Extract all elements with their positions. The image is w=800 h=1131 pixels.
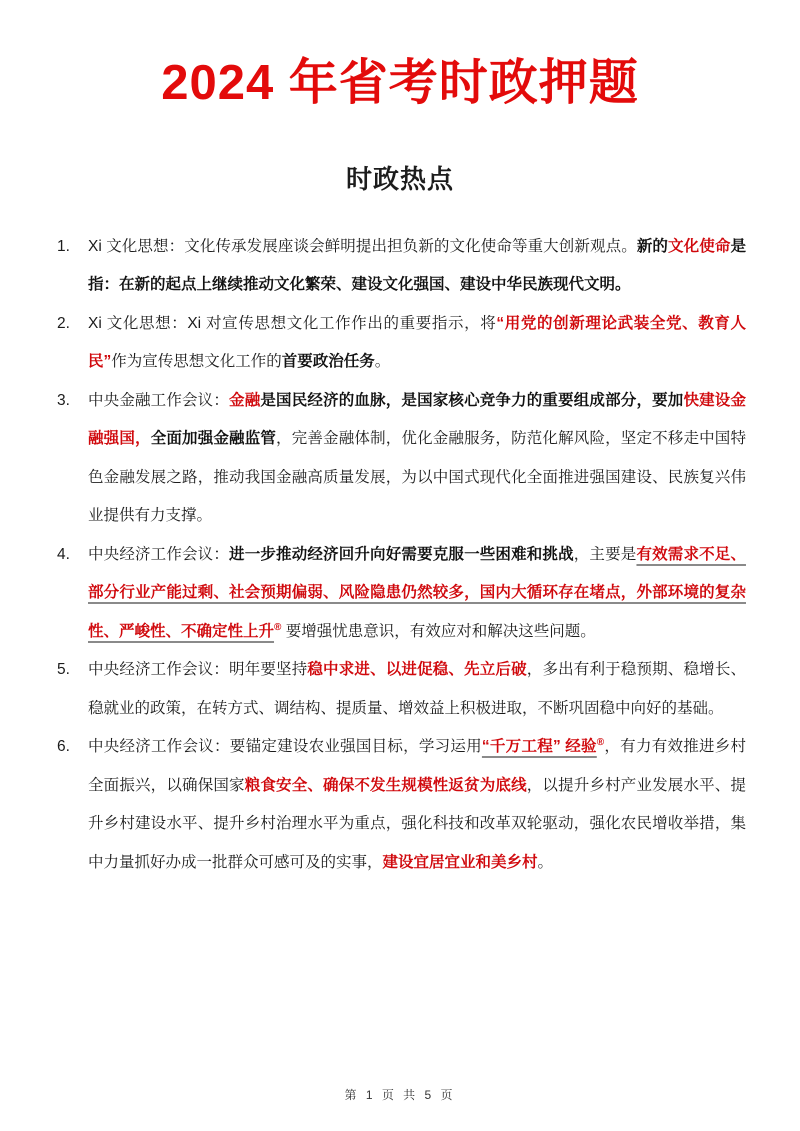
text-segment: 中央金融工作会议： (88, 392, 229, 409)
page-title: 2024 年省考时政押题 (0, 54, 800, 113)
list-item: 4.中央经济工作会议：进一步推动经济回升向好需要克服一些困难和挑战，主要是有效需… (57, 536, 746, 652)
list-item: 6.中央经济工作会议：要锚定建设农业强国目标，学习运用“千万工程” 经验®，有力… (57, 728, 746, 882)
section-heading: 时政热点 (0, 159, 800, 196)
text-segment: 是国民经济的血脉，是国家核心竞争力的重要组成部分，要加 (260, 392, 683, 409)
text-segment: Xi 文化思想：文化传承发展座谈会鲜明提出担负新的文化使命等重大创新观点。 (88, 238, 637, 255)
item-number: 6. (57, 728, 70, 767)
item-number: 4. (57, 536, 70, 575)
text-segment: 粮食安全、确保不发生规模性返贫为底线 (245, 777, 527, 794)
page-footer: 第 1 页 共 5 页 (0, 1086, 800, 1103)
list-item: 1.Xi 文化思想：文化传承发展座谈会鲜明提出担负新的文化使命等重大创新观点。新… (57, 228, 746, 305)
text-segment: 中央经济工作会议： (88, 546, 229, 563)
text-segment: 建设宜居宜业和美乡村 (383, 854, 538, 871)
topic-list: 1.Xi 文化思想：文化传承发展座谈会鲜明提出担负新的文化使命等重大创新观点。新… (57, 228, 746, 883)
list-item: 3.中央金融工作会议：金融是国民经济的血脉，是国家核心竞争力的重要组成部分，要加… (57, 382, 746, 536)
text-segment: ，主要是 (574, 546, 637, 563)
text-segment: 进一步推动经济回升向好需要克服一些困难和挑战 (229, 546, 574, 563)
text-segment: 首要政治任务 (282, 353, 375, 370)
text-segment: 中央经济工作会议：明年要坚持 (88, 661, 307, 678)
item-number: 1. (57, 228, 70, 267)
text-segment: Xi 文化思想：Xi 对宣传思想文化工作作出的重要指示，将 (88, 315, 496, 332)
document-page: 2024 年省考时政押题 时政热点 1.Xi 文化思想：文化传承发展座谈会鲜明提… (0, 0, 800, 1131)
text-segment: 文化使命 (668, 238, 730, 255)
text-segment: 稳中求进、以进促稳、先立后破 (307, 661, 526, 678)
item-number: 3. (57, 382, 70, 421)
list-item: 2.Xi 文化思想：Xi 对宣传思想文化工作作出的重要指示，将“用党的创新理论武… (57, 305, 746, 382)
list-item: 5.中央经济工作会议：明年要坚持稳中求进、以进促稳、先立后破，多出有利于稳预期、… (57, 651, 746, 728)
item-number: 2. (57, 305, 70, 344)
text-segment: 。 (538, 854, 554, 871)
text-segment: 作为宣传思想文化工作的 (111, 353, 282, 370)
text-segment: “千万工程” 经验 (482, 738, 597, 755)
text-segment: 金融 (229, 392, 260, 409)
text-segment: 要增强忧患意识，有效应对和解决这些问题。 (281, 623, 595, 640)
text-segment: 全面加强金融监管 (151, 430, 276, 447)
text-segment: 新的 (637, 238, 668, 255)
text-segment: 。 (375, 353, 391, 370)
text-segment: 中央经济工作会议：要锚定建设农业强国目标，学习运用 (88, 738, 482, 755)
item-number: 5. (57, 651, 70, 690)
